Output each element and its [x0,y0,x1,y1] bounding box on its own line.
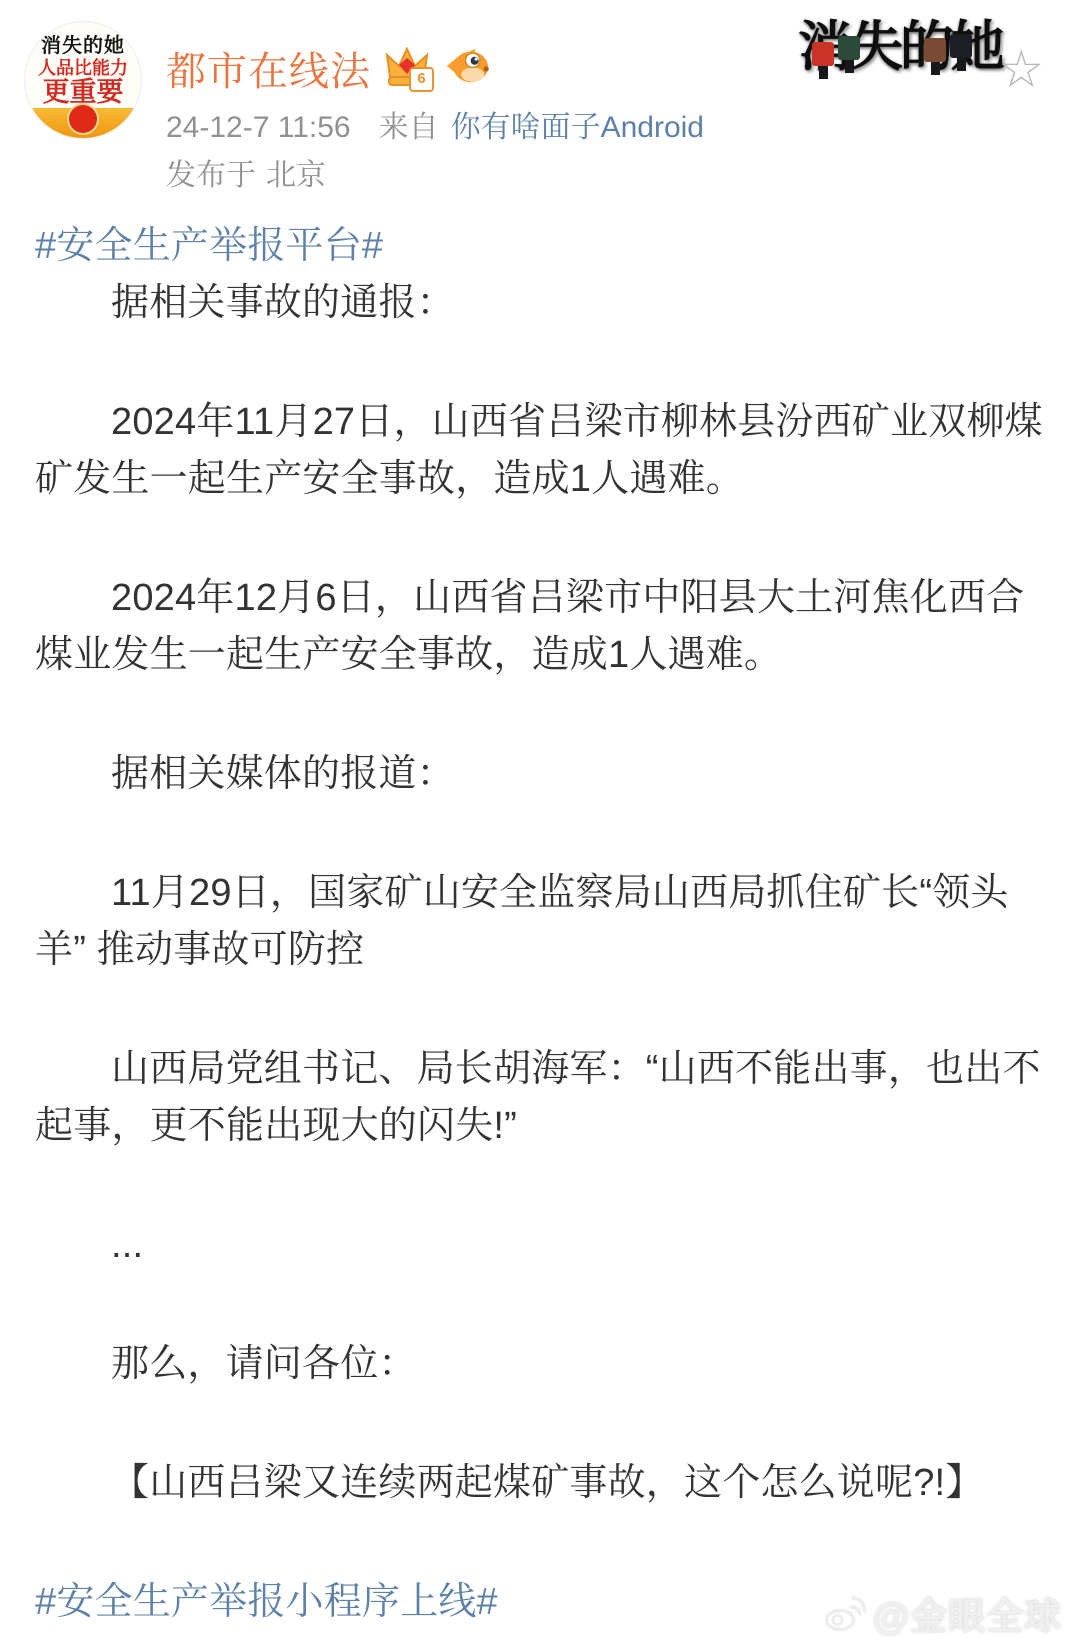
watermark-handle: @金眼全球 [873,1586,1062,1640]
post-header: 消失的她 人品比能力 更重要 都市在线法 6 [0,0,1080,218]
meta-row: 24-12-7 11:56来自你有啥面子Android [166,102,704,146]
post-body: #安全生产举报平台# 据相关事故的通报： 2024年11月27日，山西省吕梁市柳… [0,218,1080,1631]
post-paragraph: 2024年11月27日，山西省吕梁市柳林县汾西矿业双柳煤矿发生一起生产安全事故，… [35,394,1045,508]
weibo-logo-icon [823,1593,867,1633]
post-paragraph: 据相关媒体的报道： [35,746,1045,803]
source-app-link[interactable]: 你有啥面子Android [451,111,704,144]
name-row: 都市在线法 6 [166,40,489,97]
location-prefix: 发布于 [166,159,256,192]
movie-figure-icon [924,38,946,75]
avatar-slogan-line2: 更重要 [25,78,141,106]
post-paragraph: 那么，请问各位： [35,1336,1045,1393]
star-icon: ☆ [998,44,1045,96]
post-paragraph: 据相关事故的通报： [35,275,1045,332]
movie-title-watermark: 消失的她 [798,6,1013,101]
movie-figure-icon [950,34,972,71]
post-paragraph-ellipsis: ... [35,1217,1045,1274]
source-prefix: 来自 [379,111,439,144]
avatar-red-seal [69,105,97,133]
post-paragraph: 11月29日，国家矿山安全监察局山西局抓住矿长“领头羊” 推动事故可防控 [35,865,1045,979]
post-paragraph: 山西局党组书记、局长胡海军：“山西不能出事，也出不起事，更不能出现大的闪失!” [35,1041,1045,1155]
weibo-post-page: 消失的她 人品比能力 更重要 都市在线法 6 [0,0,1080,1646]
post-paragraph: 【山西吕梁又连续两起煤矿事故，这个怎么说呢?!】 [35,1455,1045,1512]
avatar-movie-title-text: 消失的她 [25,29,141,58]
vip-crown-icon[interactable]: 6 [383,46,431,92]
avatar[interactable]: 消失的她 人品比能力 更重要 [25,22,141,138]
location: 北京 [266,159,326,192]
timestamp: 24-12-7 11:56 [166,111,351,144]
vip-level-badge: 6 [409,67,434,92]
avatar-slogan-line1: 人品比能力 [25,58,141,78]
hashtag-link[interactable]: #安全生产举报平台# [35,218,1045,275]
pufferfish-icon [443,46,489,91]
username[interactable]: 都市在线法 [166,40,371,97]
author-watermark: @金眼全球 [823,1586,1062,1640]
movie-figure-icon [812,42,834,79]
movie-figure-icon [838,36,860,73]
location-row: 发布于北京 [166,150,326,194]
post-paragraph: 2024年12月6日，山西省吕梁市中阳县大土河焦化西合煤业发生一起生产安全事故，… [35,570,1045,684]
